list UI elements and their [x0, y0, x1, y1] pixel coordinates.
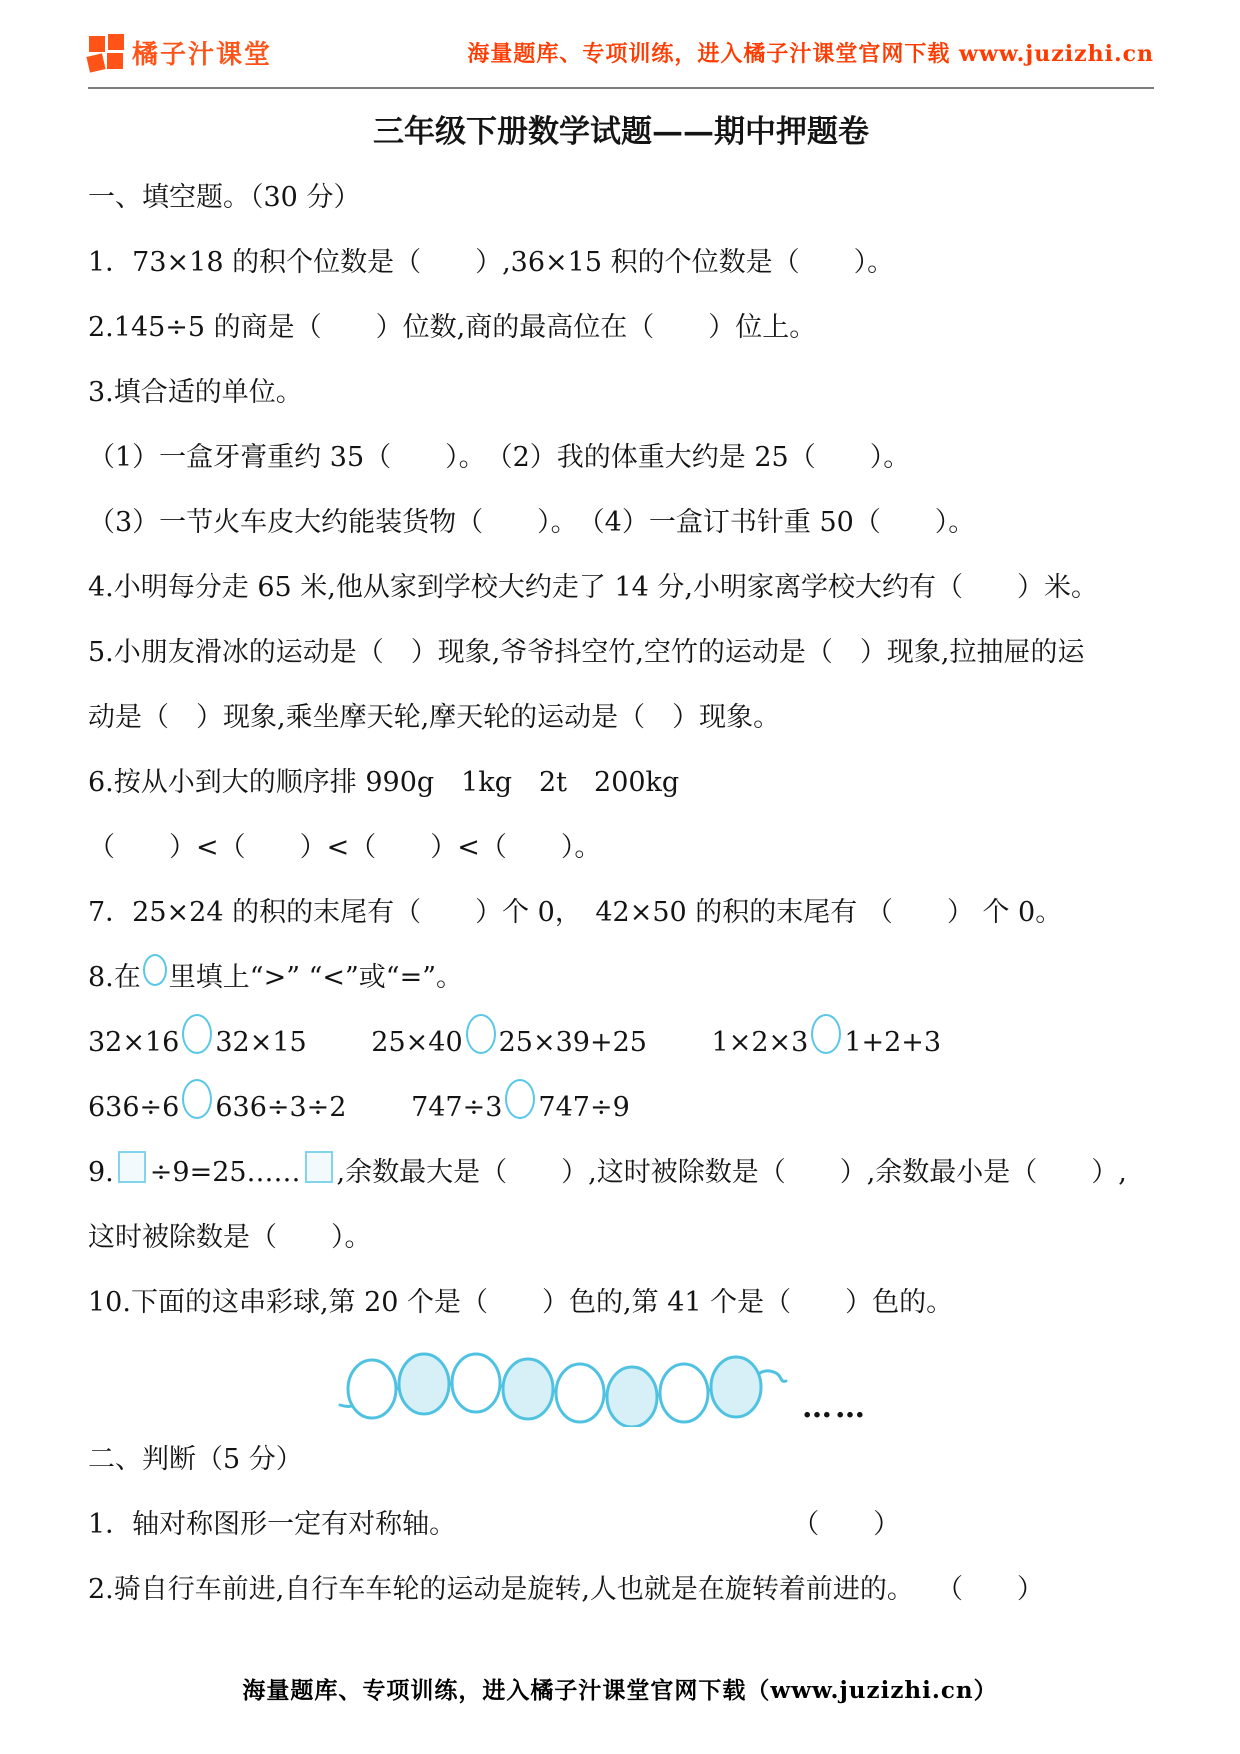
compare-right: 747÷9	[538, 1092, 629, 1123]
section2-heading: 二、判断（5 分）	[88, 1427, 1154, 1492]
compare-circle-icon	[182, 1079, 212, 1119]
question-7: 7．25×24 的积的末尾有（ ）个 0， 42×50 的积的末尾有 （ ） 个…	[88, 880, 1154, 945]
section1-heading: 一、填空题。（30 分）	[88, 165, 1154, 230]
compare-group: 1×2×31+2+3	[712, 1027, 942, 1058]
compare-left: 1×2×3	[712, 1027, 809, 1058]
compare-group: 747÷3747÷9	[411, 1092, 630, 1123]
logo-text: 橘子汁课堂	[132, 34, 272, 71]
question-9-line1: 9.÷9=25……,余数最大是（ ）,这时被除数是（ ）,余数最小是（ ）,	[88, 1140, 1154, 1205]
judge-question-2: 2.骑自行车前进,自行车车轮的运动是旋转,人也就是在旋转着前进的。（ ）	[88, 1557, 1154, 1622]
bead	[711, 1357, 761, 1417]
page-header: 橘子汁课堂 海量题库、专项训练，进入橘子汁课堂官网下载 www.juzizhi.…	[88, 28, 1154, 76]
compare-right: 636÷3÷2	[215, 1092, 346, 1123]
compare-group: 636÷6636÷3÷2	[88, 1092, 346, 1123]
beads-ellipsis: ……	[802, 1389, 868, 1427]
juzizhi-logo-icon	[88, 34, 125, 71]
bead	[660, 1364, 708, 1422]
question-5-line2: 动是（ ）现象,乘坐摩天轮,摩天轮的运动是（ ）现象。	[88, 685, 1154, 750]
question-8-compare-row-1: 32×1632×15 25×4025×39+25 1×2×31+2+3	[88, 1010, 1154, 1075]
header-promo-text: 海量题库、专项训练，进入橘子汁课堂官网下载 www.juzizhi.cn	[467, 37, 1154, 68]
question-1: 1．73×18 的积个位数是（ ）,36×15 积的个位数是（ ）。	[88, 230, 1154, 295]
question-4: 4.小明每分走 65 米,他从家到学校大约走了 14 分,小明家离学校大约有（ …	[88, 555, 1154, 620]
question-8-prefix: 8.在	[88, 962, 141, 993]
header-divider	[88, 87, 1154, 89]
test-paper-page: 橘子汁课堂 海量题库、专项训练，进入橘子汁课堂官网下载 www.juzizhi.…	[0, 0, 1240, 1754]
compare-left: 25×40	[371, 1027, 462, 1058]
question-8: 8.在里填上“>” “<”或“=”。	[88, 945, 1154, 1010]
judge-question-2-text: 2.骑自行车前进,自行车车轮的运动是旋转,人也就是在旋转着前进的。	[88, 1574, 914, 1605]
question-6-blanks: （ ）<（ ）<（ ）<（ ）。	[88, 815, 1154, 880]
compare-right: 1+2+3	[844, 1027, 941, 1058]
bead	[348, 1360, 396, 1418]
question-6: 6.按从小到大的顺序排 990g 1kg 2t 200kg	[88, 750, 1154, 815]
question-9-line2: 这时被除数是（ ）。	[88, 1205, 1154, 1270]
question-9-part3: ,余数最大是（ ）,这时被除数是（ ）,余数最小是（ ）,	[337, 1157, 1127, 1188]
question-3: 3.填合适的单位。	[88, 360, 1154, 425]
compare-left: 32×16	[88, 1027, 179, 1058]
question-5-line1: 5.小朋友滑冰的运动是（ ）现象,爷爷抖空竹,空竹的运动是（ ）现象,拉抽屉的运	[88, 620, 1154, 685]
bead	[399, 1354, 449, 1414]
judge-question-1-answer: （ ）	[792, 1509, 900, 1540]
question-9-part1: 9.	[88, 1157, 114, 1188]
page-title: 三年级下册数学试题——期中押题卷	[88, 100, 1154, 165]
bead	[556, 1364, 604, 1422]
compare-circle-icon	[182, 1014, 212, 1054]
beads-illustration: ……	[336, 1341, 1154, 1427]
question-2: 2.145÷5 的商是（ ）位数,商的最高位在（ ）位上。	[88, 295, 1154, 360]
compare-right: 32×15	[215, 1027, 306, 1058]
compare-left: 747÷3	[411, 1092, 502, 1123]
question-3-sub-1-2: （1）一盒牙膏重约 35（ ）。 （2）我的体重大约是 25（ ）。	[88, 425, 1154, 490]
bead	[503, 1359, 553, 1419]
beads-string-graphic	[336, 1347, 788, 1427]
compare-group: 32×1632×15	[88, 1027, 307, 1058]
judge-question-1-text: 1．轴对称图形一定有对称轴。	[88, 1509, 456, 1540]
compare-circle-icon	[466, 1014, 496, 1054]
paper-content: 三年级下册数学试题——期中押题卷 一、填空题。（30 分） 1．73×18 的积…	[88, 100, 1154, 1622]
bead	[607, 1367, 657, 1427]
compare-circle-icon	[143, 954, 167, 986]
compare-circle-icon	[505, 1079, 535, 1119]
compare-left: 636÷6	[88, 1092, 179, 1123]
question-3-sub-3-4: （3）一节火车皮大约能装货物（ ）。 （4）一盒订书针重 50（ ）。	[88, 490, 1154, 555]
bead	[452, 1354, 500, 1412]
juzizhi-logo: 橘子汁课堂	[88, 34, 272, 71]
question-9-part2: ÷9=25……	[150, 1157, 301, 1188]
blank-box-icon	[118, 1151, 146, 1183]
compare-right: 25×39+25	[499, 1027, 647, 1058]
question-10: 10.下面的这串彩球,第 20 个是（ ）色的,第 41 个是（ ）色的。	[88, 1270, 1154, 1335]
judge-question-2-answer: （ ）	[936, 1574, 1044, 1605]
compare-group: 25×4025×39+25	[371, 1027, 647, 1058]
question-8-suffix: 里填上“>” “<”或“=”。	[169, 962, 463, 993]
judge-question-1: 1．轴对称图形一定有对称轴。（ ）	[88, 1492, 1154, 1557]
question-8-compare-row-2: 636÷6636÷3÷2 747÷3747÷9	[88, 1075, 1154, 1140]
page-footer-text: 海量题库、专项训练，进入橘子汁课堂官网下载（www.juzizhi.cn）	[0, 1672, 1240, 1705]
compare-circle-icon	[811, 1014, 841, 1054]
blank-box-icon	[305, 1151, 333, 1183]
